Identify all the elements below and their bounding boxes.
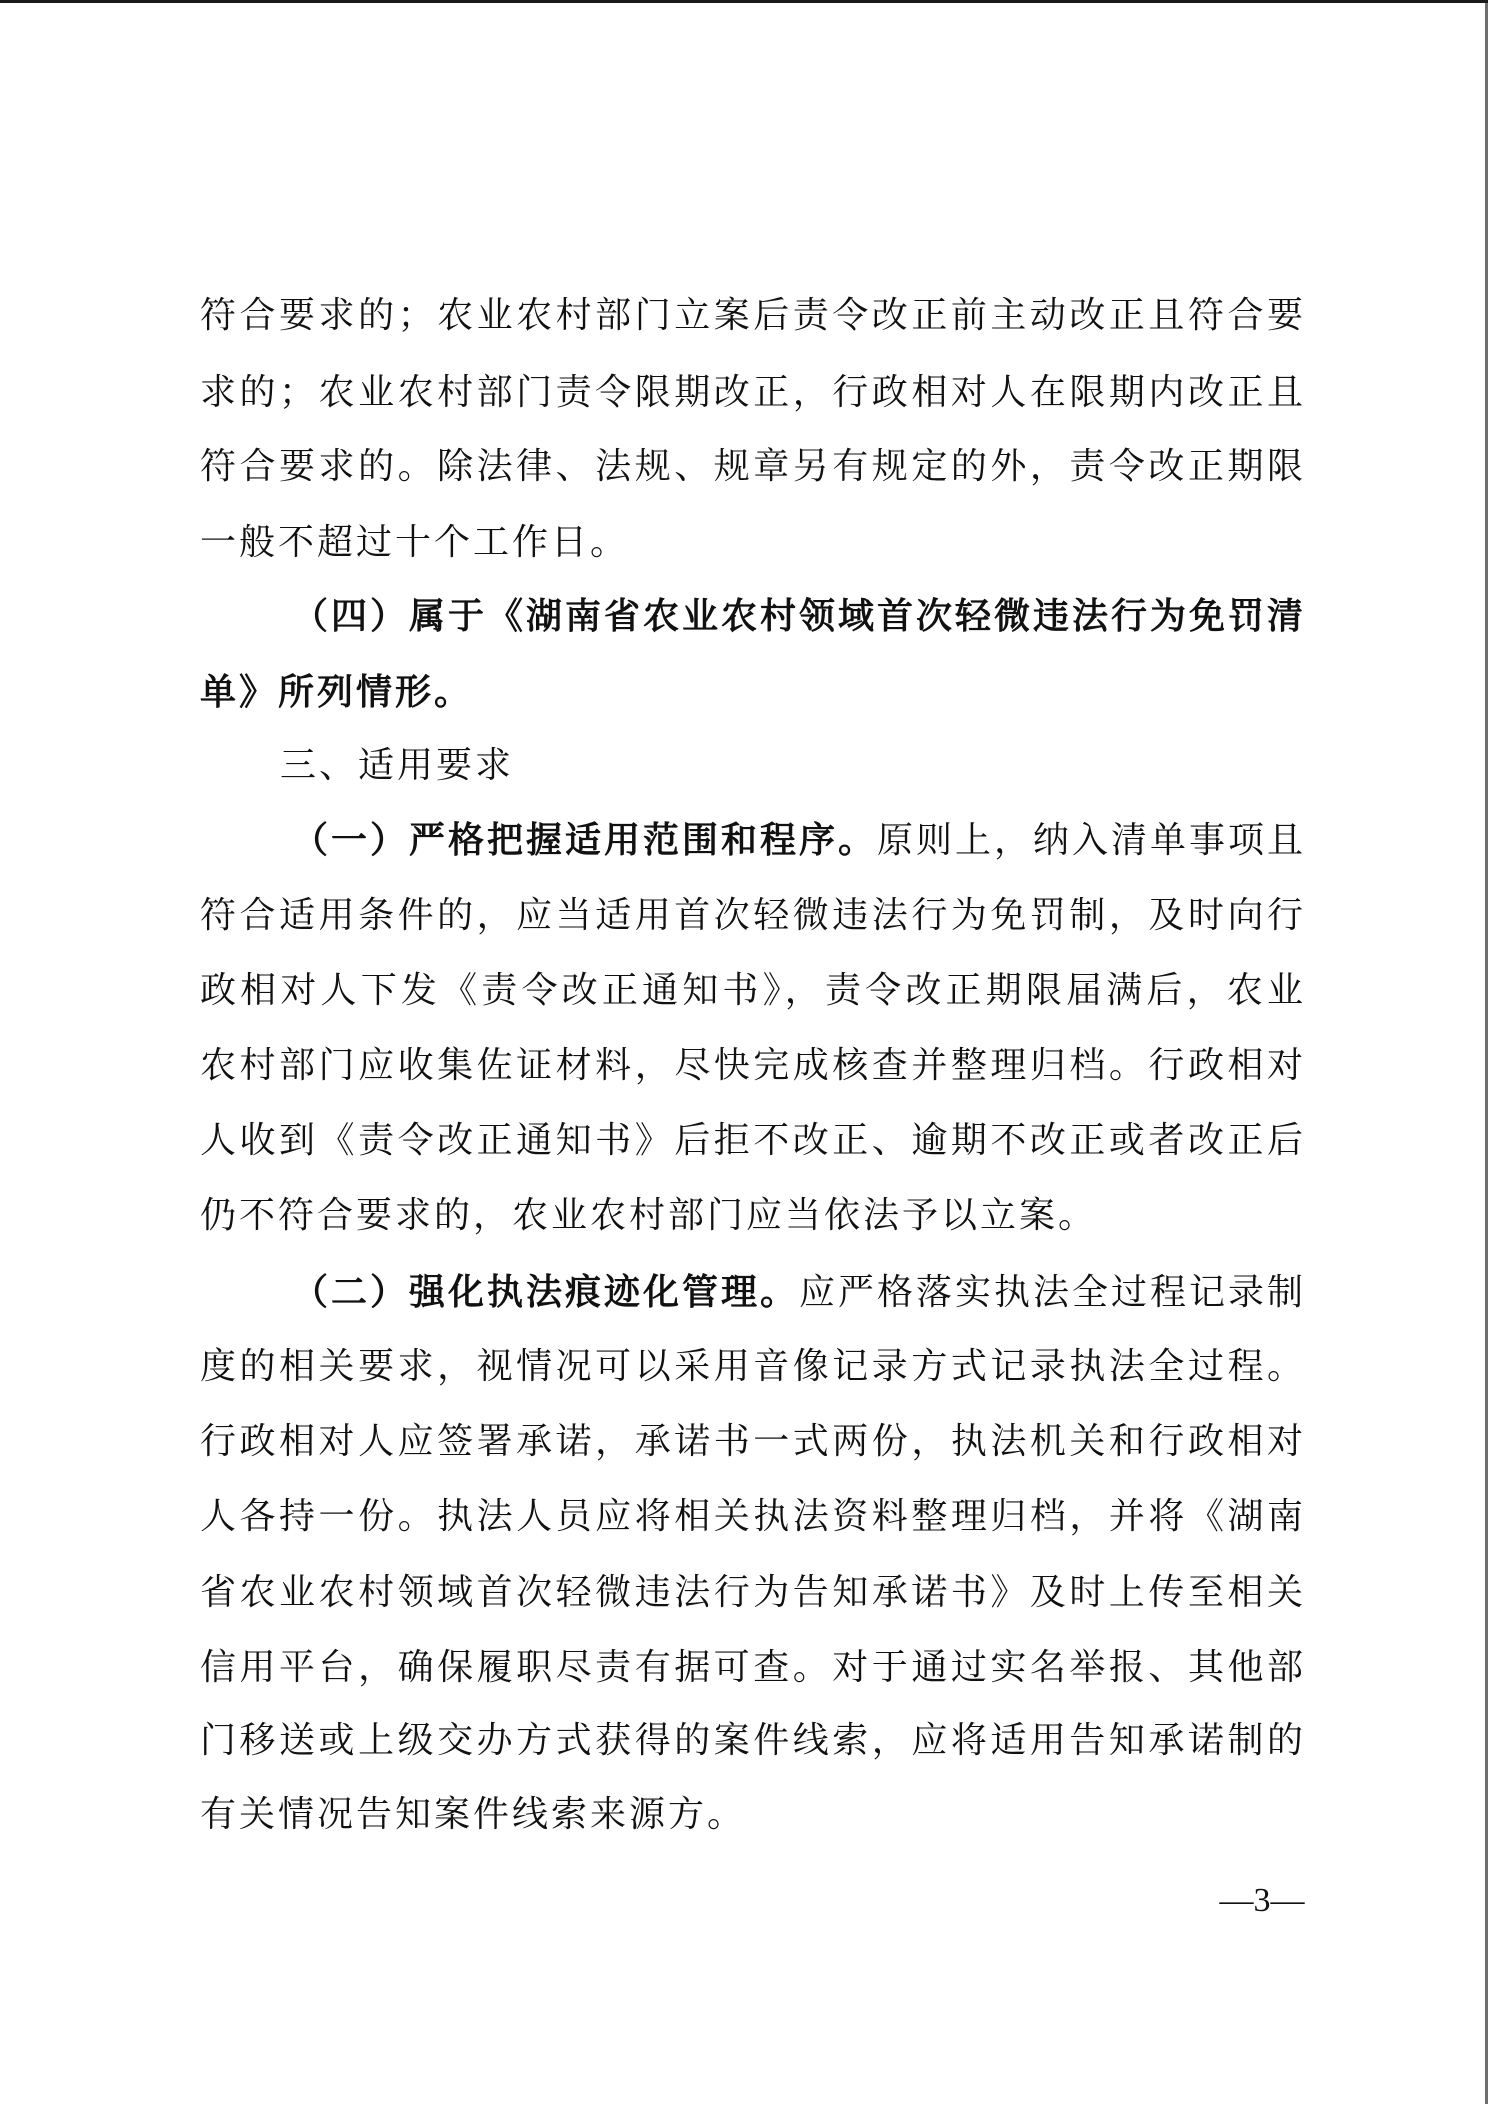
paragraph-line: 符合要求的。除法律、法规、规章另有规定的外，责令改正期限 [200,429,1303,504]
paragraph-line: 人收到《责令改正通知书》后拒不改正、逾期不改正或者改正后 [200,1103,1303,1178]
item-four-heading: （四）属于《湖南省农业农村领域首次轻微违法行为免罚清 [292,579,1303,654]
paragraph-line: 门移送或上级交办方式获得的案件线索，应将适用告知承诺制的 [200,1703,1303,1778]
item-two-text: 应严格落实执法全过程记录制 [799,1272,1303,1313]
item-one-title: （一）严格把握适用范围和程序。 [292,820,877,861]
paragraph-line: 一般不超过十个工作日。 [200,505,1303,580]
paragraph-line: 信用平台，确保履职尽责有据可查。对于通过实名举报、其他部 [200,1630,1303,1705]
paragraph-line: 度的相关要求，视情况可以采用音像记录方式记录执法全过程。 [200,1329,1303,1404]
paragraph-line: 符合适用条件的，应当适用首次轻微违法行为免罚制，及时向行 [200,878,1303,953]
item-one-text: 原则上，纳入清单事项且 [877,820,1303,861]
paragraph-line: 农村部门应收集佐证材料，尽快完成核查并整理归档。行政相对 [200,1028,1303,1103]
paragraph-line: 行政相对人应签署承诺，承诺书一式两份，执法机关和行政相对 [200,1404,1303,1479]
paragraph-line: 人各持一份。执法人员应将相关执法资料整理归档，并将《湖南 [200,1479,1303,1554]
paragraph-line: 仍不符合要求的，农业农村部门应当依法予以立案。 [200,1178,1303,1253]
paragraph-line: 省农业农村领域首次轻微违法行为告知承诺书》及时上传至相关 [200,1555,1303,1630]
item-one-first-line: （一）严格把握适用范围和程序。原则上，纳入清单事项且 [292,803,1303,878]
page-number: —3— [1212,1879,1312,1923]
item-four-heading-cont: 单》所列情形。 [200,655,1303,730]
paragraph-line: 有关情况告知案件线索来源方。 [200,1777,1303,1852]
item-two-title: （二）强化执法痕迹化管理。 [292,1272,799,1313]
document-page: 符合要求的；农业农村部门立案后责令改正前主动改正且符合要 求的；农业农村部门责令… [0,0,1488,2104]
paragraph-line: 求的；农业农村部门责令限期改正，行政相对人在限期内改正且 [200,355,1303,430]
paragraph-line: 政相对人下发《责令改正通知书》，责令改正期限届满后，农业 [200,953,1303,1028]
paragraph-line: 符合要求的；农业农村部门立案后责令改正前主动改正且符合要 [200,278,1303,353]
item-two-first-line: （二）强化执法痕迹化管理。应严格落实执法全过程记录制 [292,1255,1303,1330]
section-heading: 三、适用要求 [280,728,1303,803]
